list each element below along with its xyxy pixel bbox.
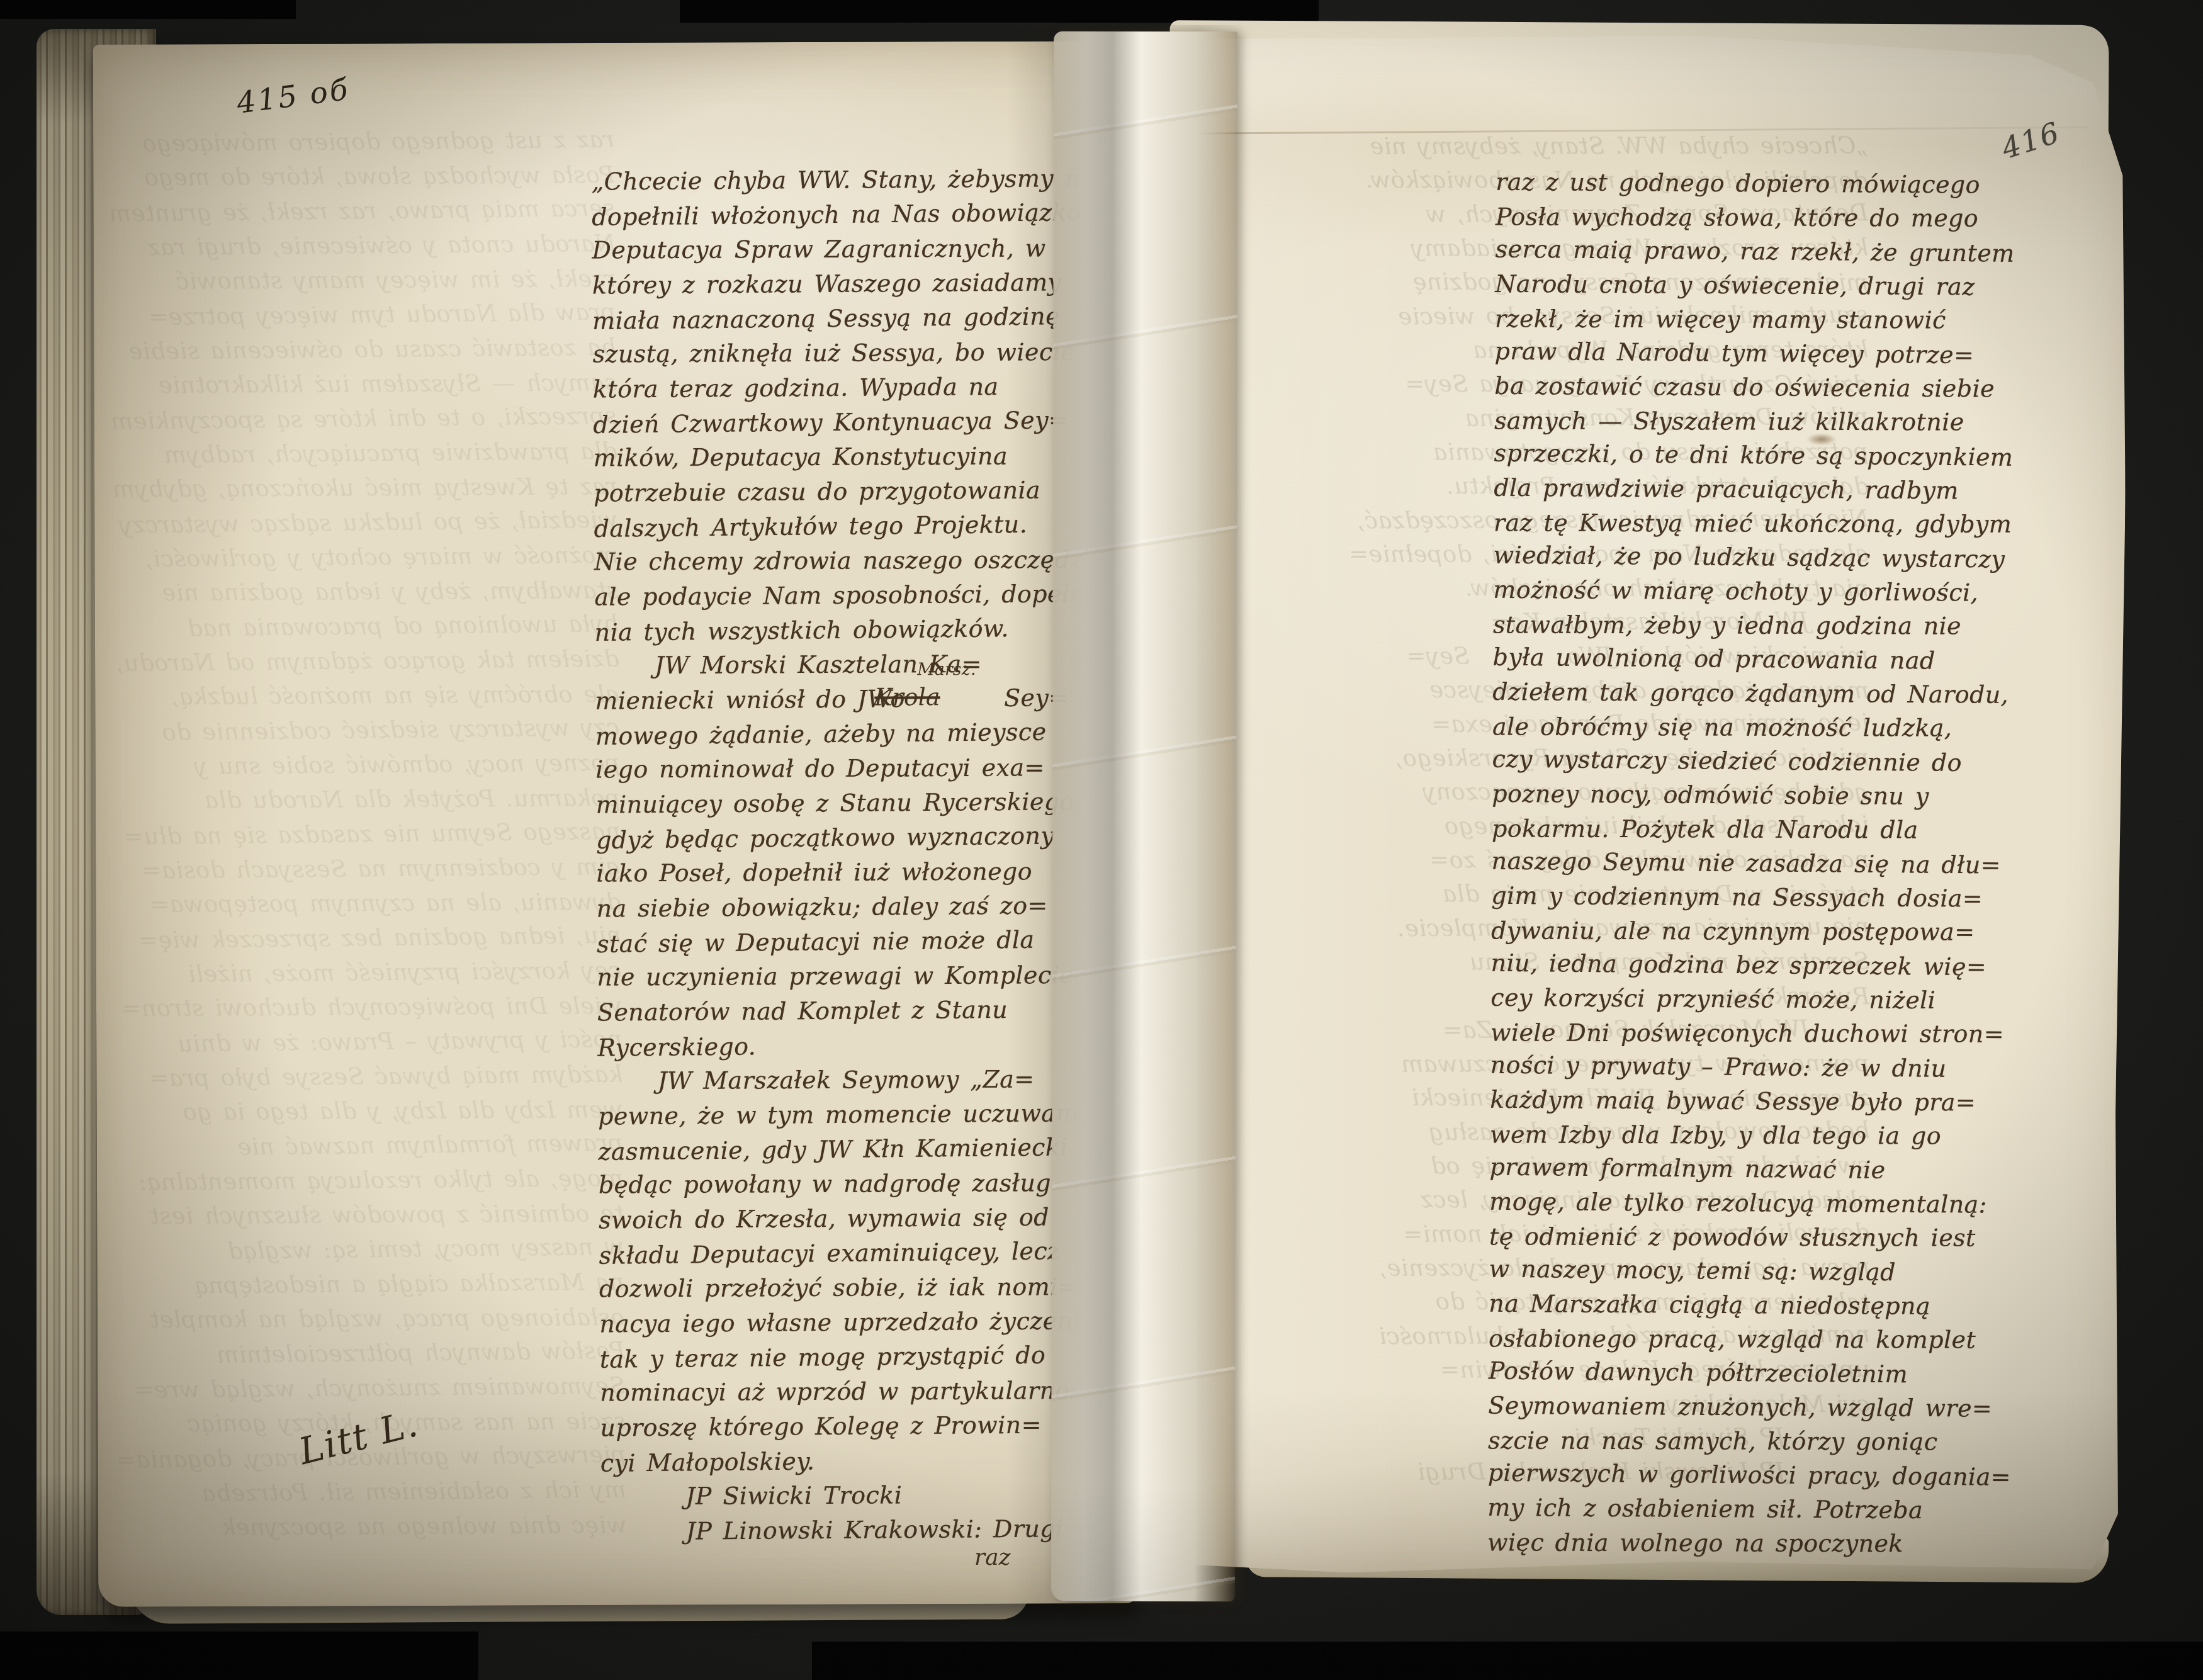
manuscript-line: szustą, zniknęła iuż Sessya, bo wiecie [592,335,1118,372]
manuscript-line: każdym maią bywać Sessye było pra= [1490,1083,2121,1120]
tissue-interleaf [1051,31,1237,1602]
right-page: „Chcecie chyba WW. Stany, żebysmy niedop… [1154,33,2127,1575]
manuscript-line: zasmucenie, gdy JW Kłn Kamieniecki [598,1129,1125,1169]
manuscript-line: mieniecki wniósł do JWo Sey= [595,680,1121,719]
manuscript-line: mogę, ale tylko rezolucyą momentalną: [1489,1185,2120,1222]
manuscript-line: swoich do Krzesła, wymawia się od [599,1200,1125,1238]
manuscript-line: tę odmienić z powodów słusznych iest [1489,1219,2120,1255]
manuscript-line: pokarmu. Pożytek dla Narodu dla [1492,811,2122,847]
manuscript-line: serca maią prawo, raz rzekł, że gruntem [1495,232,2126,272]
manuscript-line: dopełnili włożonych na Nas obowiązków. [592,194,1118,234]
manuscript-line: ba zostawić czasu do oświecenia siebie [1494,369,2125,407]
manuscript-line: możność w miarę ochoty y gorliwości, [1493,573,2124,611]
scan-mask-strip [812,1642,2203,1680]
bleedthrough-text-left: raz z ust godnego dopiero mówiącegoPosła… [107,122,627,1581]
manuscript-line: w naszey mocy, temi są: wzgląd [1489,1252,2120,1292]
manuscript-line: cyi Małopolskiey. [600,1441,1127,1480]
manuscript-line: Senatorów nad Komplet z Stanu [597,992,1124,1030]
manuscript-line: ale podaycie Nam sposobności, dopełnie= [594,577,1120,615]
manuscript-line: szcie na nas samych, którzy goniąc [1488,1423,2119,1459]
manuscript-photograph: raz z ust godnego dopiero mówiącegoPosła… [0,0,2203,1680]
manuscript-line: dziełem tak gorąco żądanym od Narodu, [1492,675,2123,713]
manuscript-line: dzień Czwartkowy Kontynuacya Sey= [593,402,1120,442]
manuscript-line: pozney nocy, odmówić sobie snu y [1492,777,2122,815]
manuscript-line: JP Siwicki Trocki [600,1477,1127,1514]
folio-annotation: 415 об [235,72,351,121]
manuscript-line: nominacyi aż wprzód w partykularności [600,1373,1126,1411]
manuscript-line: dalszych Artykułów tego Projektu. [594,506,1120,546]
manuscript-line: osłabionego pracą, wzgląd na komplet [1489,1321,2119,1357]
manuscript-line: JW Marszałek Seymowy „Za= [598,1062,1124,1099]
ink-smudge [1801,431,1842,448]
scan-mask-strip [680,0,1319,23]
manuscript-text-left: „Chcecie chyba WW. Stany, żebysmy niedop… [592,161,1127,1550]
manuscript-line: wiedział, że po ludzku sądząc wystarczy [1493,538,2124,578]
manuscript-line: iako Poseł, dopełnił iuż włożonego [596,854,1122,891]
manuscript-line: Rycerskiego. [597,1025,1124,1065]
manuscript-line: praw dla Narodu tym więcey potrze= [1494,334,2125,374]
manuscript-line: naszego Seymu nie zasadza się na dłu= [1491,844,2122,884]
manuscript-line: dozwoli przełożyć sobie, iż iak nomi= [599,1270,1125,1307]
catchword: raz [974,1545,1011,1570]
folio-number: 416 [1998,115,2065,166]
manuscript-line: Nie chcemy zdrowia naszego oszczędzać, [594,543,1120,580]
manuscript-line: która teraz godzina. Wypada na [593,369,1119,407]
manuscript-line: ale obróćmy się na możność ludzką, [1492,709,2123,745]
manuscript-line: prawem formalnym nazwać nie [1489,1150,2120,1190]
manuscript-line: JW Morski Kasztelan Ka= [595,646,1121,684]
manuscript-line: cey korzyści przynieść może, niżeli [1490,981,2121,1018]
manuscript-line: Posła wychodzą słowa, które do mego [1496,200,2126,235]
inserted-word: Marsz. [917,660,976,679]
manuscript-line: na Marszałka ciągłą a niedostępną [1489,1287,2119,1324]
manuscript-line: JP Linowski Krakowski: Drugi [600,1511,1127,1550]
left-page: raz z ust godnego dopiero mówiącegoPosła… [93,41,1139,1607]
manuscript-line: mików, Deputacya Konstytucyina [594,439,1120,476]
scan-mask-strip [0,1632,478,1680]
manuscript-line: Posłów dawnych półtrzecioletnim [1489,1354,2119,1394]
manuscript-line: raz z ust godnego dopiero mówiącego [1496,165,2126,203]
manuscript-line: uproszę którego Kolegę z Prowin= [600,1407,1126,1446]
manuscript-line: potrzebuie czasu do przygotowania [594,473,1120,511]
manuscript-line: więc dnia wolnego na spoczynek [1487,1525,2118,1561]
manuscript-line: którey z rozkazu Waszego zasiadamy [592,265,1118,303]
manuscript-line: nacya iego własne uprzedzało życzenie, [599,1304,1125,1342]
manuscript-line: iego nominował do Deputacyi exa= [595,750,1122,787]
manuscript-line: gdyż będąc początkowo wyznaczony [596,818,1123,857]
manuscript-line: raz tę Kwestyą mieć ukończoną, gdybym [1494,505,2124,541]
manuscript-line: pewne, że w tym momencie uczuwam [598,1096,1124,1134]
manuscript-line: nie uczynienia przewagi w Komplecie. [597,958,1123,995]
manuscript-line: stawałbym, żeby y iedna godzina nie [1493,607,2124,643]
manuscript-line: tak y teraz nie mogę przystąpić do [599,1337,1126,1377]
manuscript-line: gim y codziennym na Sessyach dosia= [1491,879,2122,916]
manuscript-line: rzekł, że im więcey mamy stanowić [1495,302,2126,337]
manuscript-line: niu, iedna godzina bez sprzeczek wię= [1490,946,2121,986]
manuscript-line: „Chcecie chyba WW. Stany, żebysmy nie [592,161,1118,200]
manuscript-line: nia tych wszystkich obowiązków. [594,610,1121,650]
manuscript-line: stać się w Deputacyi nie może dla [597,922,1124,961]
scan-mask-strip [0,0,296,19]
manuscript-line: pierwszych w gorliwości pracy, dogania= [1488,1456,2119,1496]
manuscript-line: Narodu cnota y oświecenie, drugi raz [1495,267,2126,305]
manuscript-line: Seymowaniem znużonych, wzgląd wre= [1488,1389,2119,1426]
manuscript-line: my ich z osłabieniem sił. Potrzeba [1487,1491,2118,1528]
manuscript-line: miała naznaczoną Sessyą na godzinę [592,298,1119,338]
manuscript-line: wiele Dni poświęconych duchowi stron= [1490,1015,2121,1051]
manuscript-line: była uwolnioną od pracowania nad [1492,640,2123,680]
manuscript-line: wem Izby dla Izby, y dla tego ia go [1490,1117,2121,1153]
manuscript-line: ności y prywaty – Prawo: że w dniu [1490,1048,2121,1088]
manuscript-line: będąc powołany w nadgrodę zasług [599,1166,1125,1203]
manuscript-line: na siebie obowiązku; daley zaś zo= [597,888,1123,927]
manuscript-line: dywaniu, ale na czynnym postępowa= [1491,913,2122,949]
manuscript-line: minuiącey osobę z Stanu Rycerskiego, [595,784,1122,823]
manuscript-line: dla prawdziwie pracuiących, radbym [1494,471,2124,509]
manuscript-line: Deputacya Spraw Zagranicznych, w [592,231,1118,268]
struck-word: Krola [874,680,940,714]
manuscript-line: czy wystarczy siedzieć codziennie do [1492,742,2122,782]
manuscript-line: mowego żądanie, ażeby na mieysce [595,714,1122,753]
manuscript-line: składu Deputacyi examinuiącey, lecz [599,1233,1125,1273]
manuscript-text-right: raz z ust godnego dopiero mówiącegoPosła… [1487,165,2127,1562]
